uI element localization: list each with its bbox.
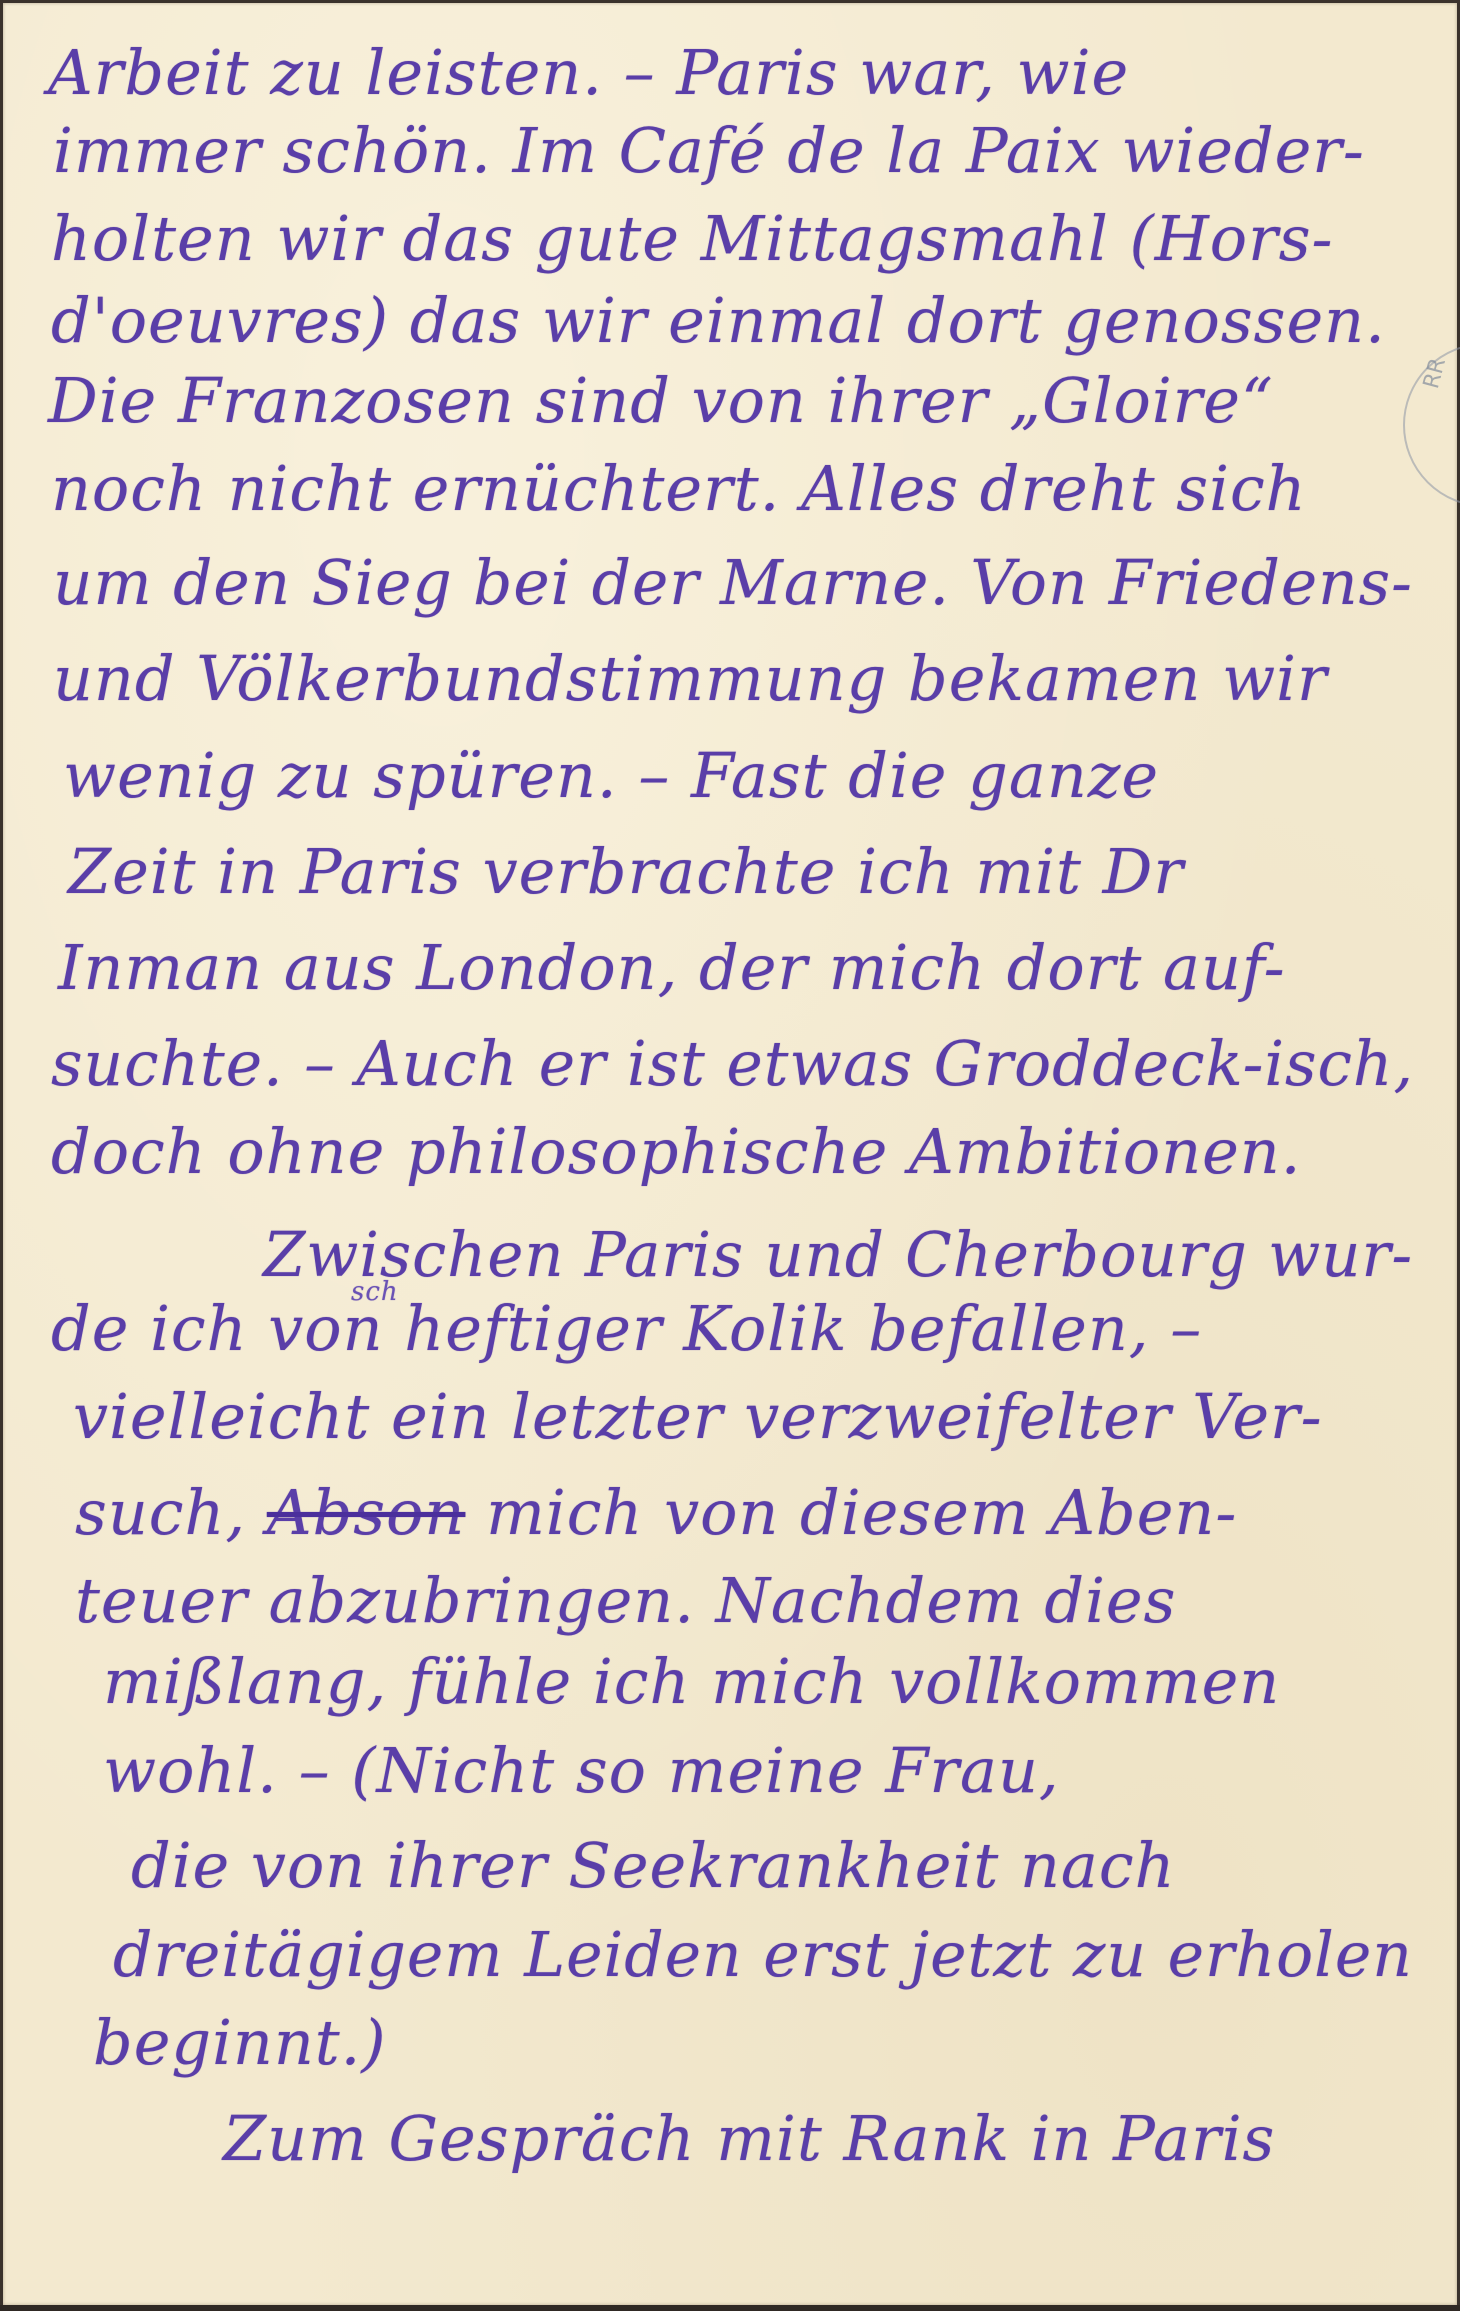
line-17-rest: mich von diesem Aben- — [465, 1476, 1237, 1549]
letter-line-17: such, Abson mich von diesem Aben- — [75, 1473, 1237, 1553]
letter-line-22: dreitägigem Leiden erst jetzt zu erholen — [113, 1915, 1413, 1995]
struck-out-word: Abson — [267, 1476, 466, 1549]
letter-line-15: de ich von heftiger Kolik befallen, – sc… — [51, 1289, 1202, 1369]
letter-line-6: noch nicht ernüchtert. Alles dreht sich — [51, 449, 1307, 529]
letter-line-7: um den Sieg bei der Marne. Von Friedens- — [53, 543, 1413, 623]
letter-line-4: d'oeuvres) das wir einmal dort genossen. — [51, 281, 1386, 361]
letter-line-5: Die Franzosen sind von ihrer „Gloire“ — [48, 361, 1274, 441]
letter-line-1: Arbeit zu leisten. – Paris war, wie — [48, 33, 1129, 113]
letter-line-14: Zwischen Paris und Cherbourg wur- — [263, 1215, 1413, 1295]
letter-line-12: suchte. – Auch er ist etwas Groddeck-isc… — [51, 1024, 1414, 1104]
letter-line-11: Inman aus London, der mich dort auf- — [58, 928, 1286, 1008]
letter-line-8: und Völkerbundstimmung bekamen wir — [53, 639, 1328, 719]
letter-line-16: vielleicht ein letzter verzweifelter Ver… — [73, 1377, 1323, 1457]
letter-line-20: wohl. – (Nicht so meine Frau, — [103, 1731, 1060, 1811]
archive-stamp: RR — [1403, 343, 1460, 507]
letter-page: Arbeit zu leisten. – Paris war, wie imme… — [3, 3, 1457, 2305]
line-17-prefix: such, — [75, 1476, 267, 1549]
letter-line-18: teuer abzubringen. Nachdem dies — [75, 1561, 1176, 1641]
scan-edge — [0, 2305, 1460, 2311]
letter-line-24: Zum Gespräch mit Rank in Paris — [223, 2099, 1275, 2179]
letter-line-13: doch ohne philosophische Ambitionen. — [51, 1112, 1301, 1192]
letter-line-2: immer schön. Im Café de la Paix wieder- — [53, 111, 1365, 191]
letter-line-9: wenig zu spüren. – Fast die ganze — [63, 736, 1159, 816]
interlinear-insertion: sch — [351, 1279, 399, 1305]
letter-line-21: die von ihrer Seekrankheit nach — [131, 1826, 1176, 1906]
letter-line-3: holten wir das gute Mittagsmahl (Hors- — [51, 199, 1334, 279]
letter-line-23: beginnt.) — [93, 2003, 387, 2083]
letter-line-10: Zeit in Paris verbrachte ich mit Dr — [68, 832, 1184, 912]
letter-line-19: mißlang, fühle ich mich vollkommen — [103, 1642, 1280, 1722]
archive-stamp-text: RR — [1419, 355, 1451, 391]
line-15-text: de ich von heftiger Kolik befallen, – — [51, 1292, 1202, 1365]
